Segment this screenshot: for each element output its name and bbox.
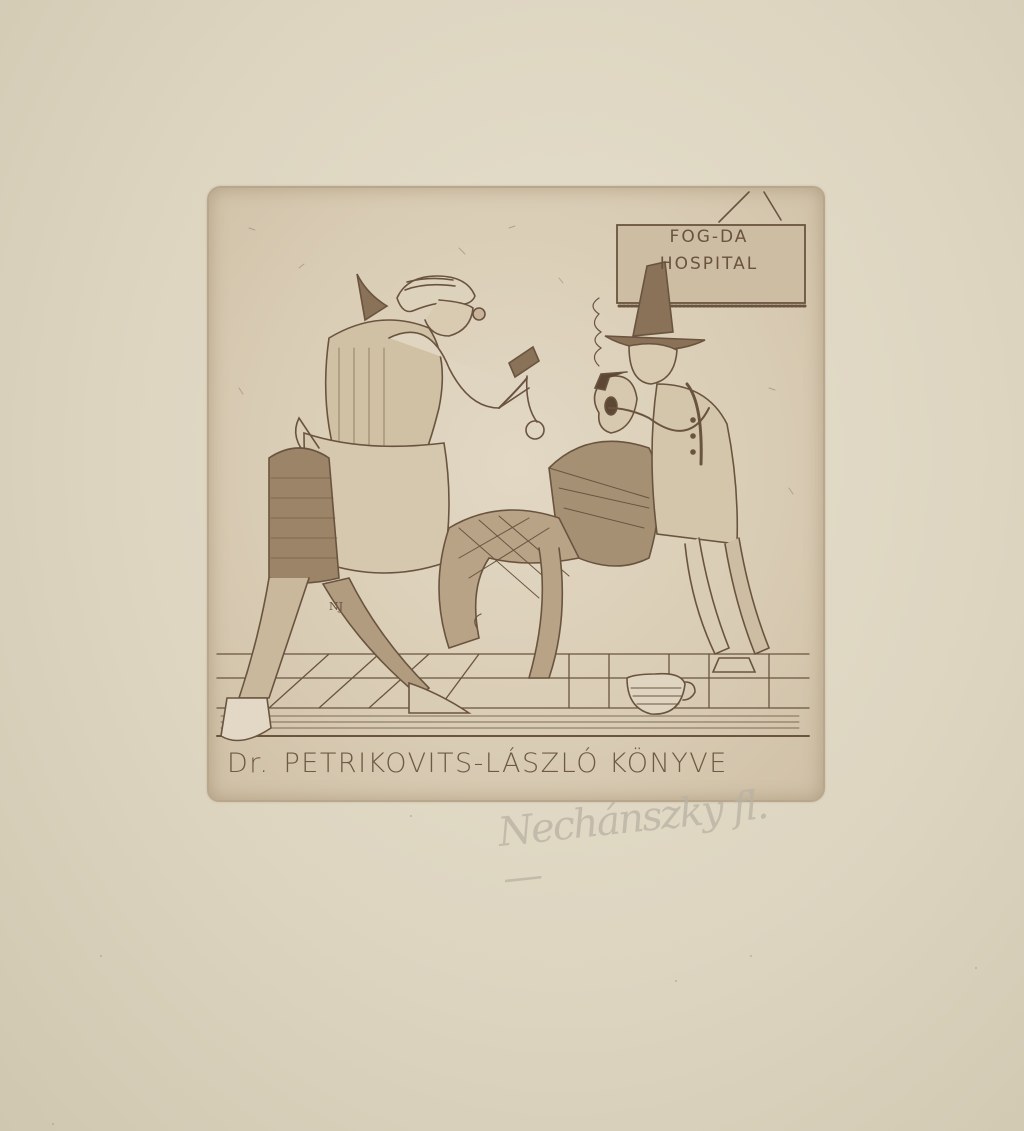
etching-plate: FOG-DA HOSPITAL NJ Dr.PETRIKOVITS-LÁSZLÓ… <box>207 186 825 802</box>
paper-speck <box>410 815 412 817</box>
paper-speck <box>52 1123 54 1125</box>
artist-monogram: NJ <box>329 600 343 613</box>
sign-line-1: FOG-DA <box>609 224 809 251</box>
hospital-sign: FOG-DA HOSPITAL <box>609 224 809 278</box>
sign-line-2: HOSPITAL <box>609 251 809 278</box>
bookplate-caption: Dr.PETRIKOVITS-LÁSZLÓ KÖNYVE <box>227 748 807 779</box>
caption-prefix: Dr. <box>227 748 270 779</box>
paper-speck <box>100 955 102 957</box>
dentist-figure-icon <box>221 274 544 741</box>
paper-speck <box>975 967 977 969</box>
paper-speck <box>750 955 752 957</box>
etching-illustration <box>209 188 823 800</box>
paper-speck <box>675 980 677 982</box>
caption-owner-name: PETRIKOVITS-LÁSZLÓ KÖNYVE <box>284 748 728 779</box>
